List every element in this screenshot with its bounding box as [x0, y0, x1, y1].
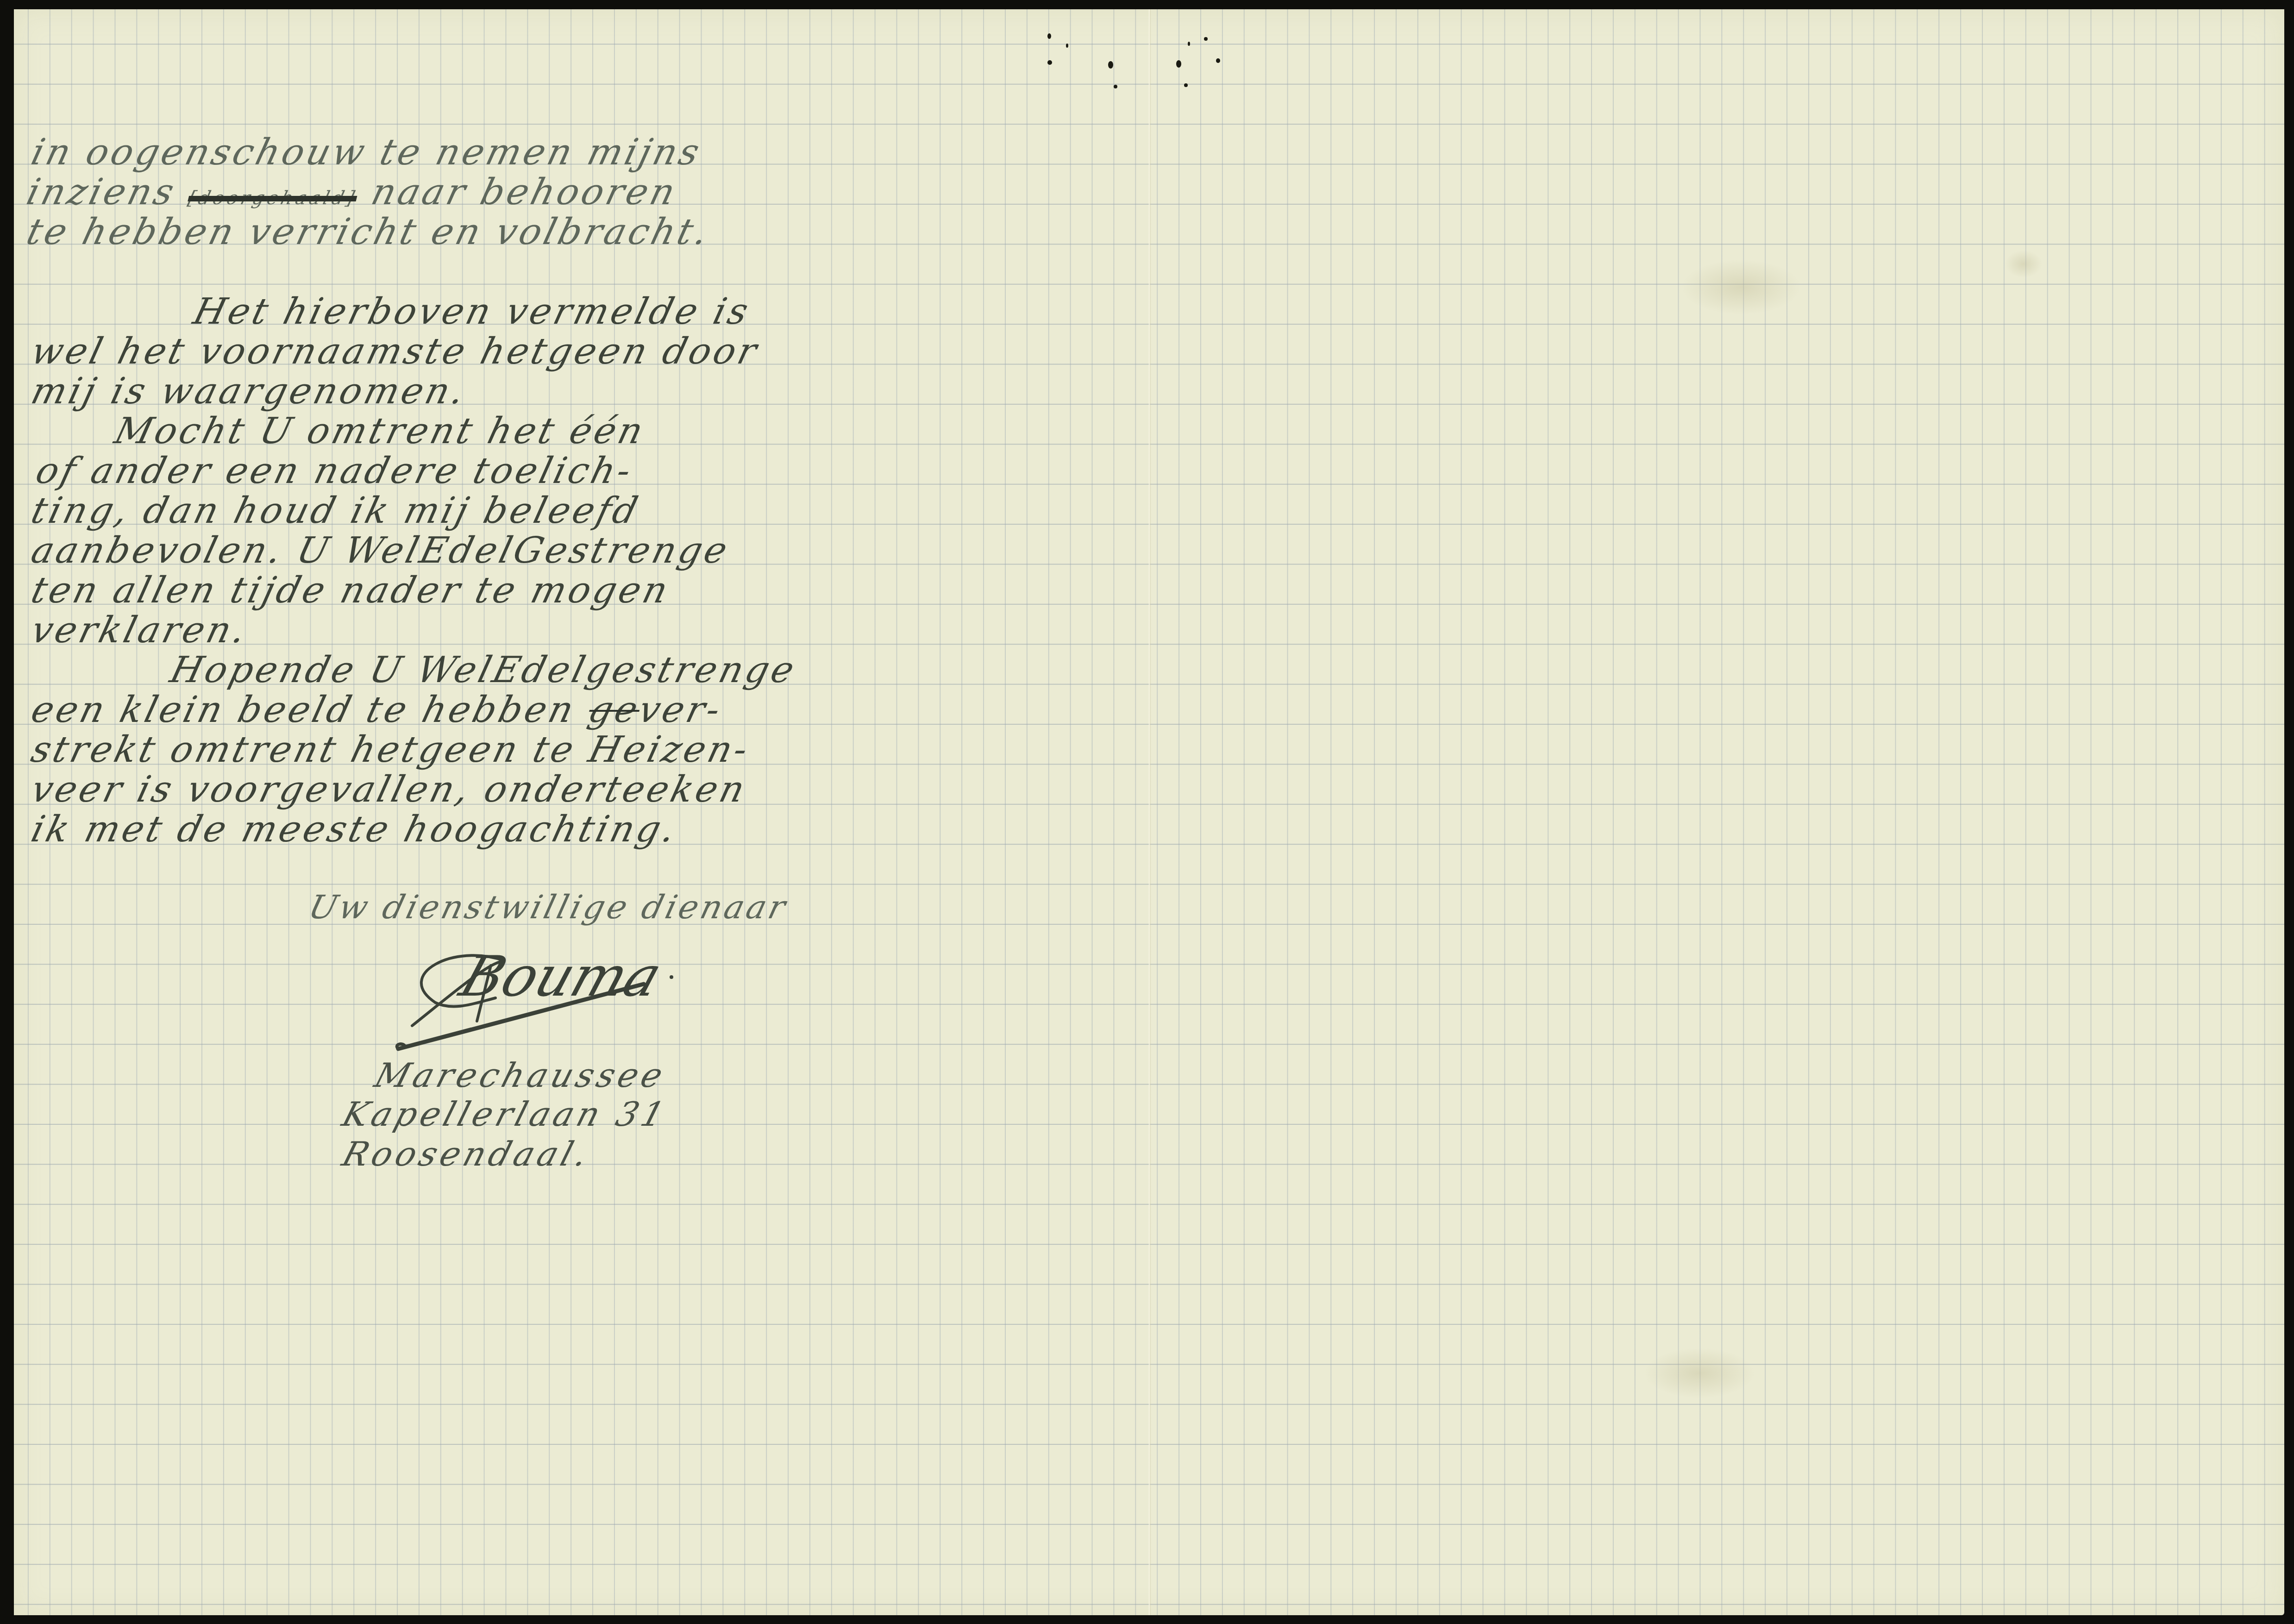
address-line: Kapellerlaan 31 — [338, 1095, 672, 1134]
letter-line: mij is waargenomen. — [28, 373, 471, 409]
letter-line: of ander een nadere toelich- — [32, 453, 637, 489]
signature-name: Bouma — [452, 945, 669, 1009]
signature: Bouma — [384, 933, 764, 1053]
letter-line: veer is voorgevallen, onderteeken — [28, 771, 751, 808]
grid-paper-sheet: in oogenschouw te nemen mijns inziens [d… — [14, 9, 2284, 1615]
letter-line: Het hierboven vermelde is — [190, 294, 754, 330]
letter-line: aanbevolen. U WelEdelGestrenge — [28, 533, 733, 569]
letter-line: Mocht U omtrent het één — [111, 413, 649, 449]
letter-line: een klein beeld te hebben gever- — [28, 692, 727, 728]
letter-line: verklaren. — [28, 612, 252, 648]
letter-line: in oogenschouw te nemen mijns — [28, 134, 706, 170]
left-page-letter: in oogenschouw te nemen mijns inziens [d… — [14, 9, 1144, 1615]
letter-line: te hebben verricht en volbracht. — [23, 214, 714, 250]
letter-line: strekt omtrent hetgeen te Heizen- — [28, 732, 754, 768]
right-page-blank — [1153, 9, 2284, 1615]
letter-line: ting, dan houd ik mij beleefd — [28, 493, 644, 529]
letter-line: inziens [doorgehaald] naar behooren — [23, 174, 681, 210]
letter-line: ten allen tijde nader te mogen — [28, 572, 674, 608]
address-line: Roosendaal. — [338, 1135, 596, 1173]
letter-line: Hopende U WelEdelgestrenge — [167, 652, 800, 688]
struck-word: [doorgehaald] — [186, 188, 359, 209]
address-line: Marechaussee — [370, 1056, 671, 1095]
letter-line: wel het voornaamste hetgeen door — [28, 333, 763, 370]
center-fold — [1148, 9, 1151, 1615]
closing-line: Uw dienstwillige dienaar — [306, 891, 791, 923]
letter-line: ik met de meeste hoogachting. — [28, 811, 682, 847]
